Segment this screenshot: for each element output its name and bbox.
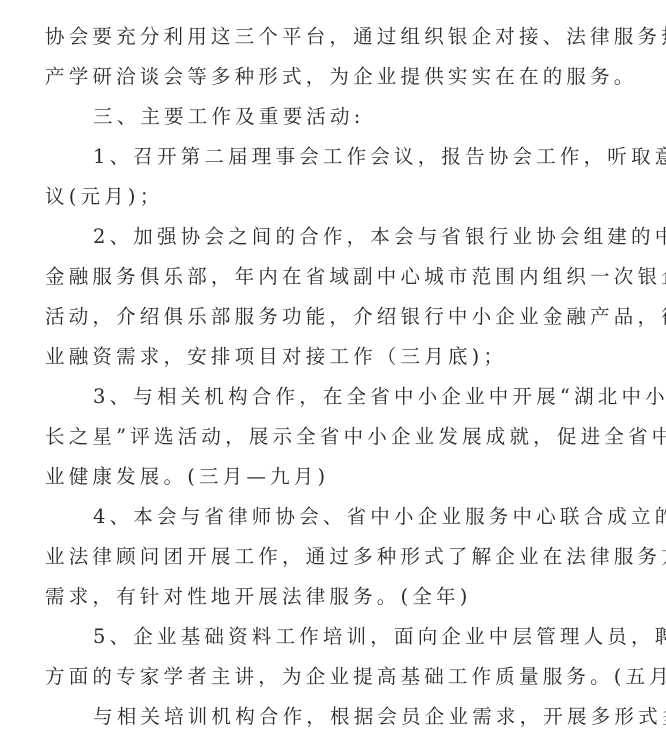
text-line: 需求，有针对性地开展法律服务。(全年) xyxy=(45,577,635,617)
text-line: 产学研洽谈会等多种形式，为企业提供实实在在的服务。 xyxy=(45,57,635,97)
text-line: 业融资需求，安排项目对接工作（三月底)； xyxy=(45,337,635,377)
list-item-3: 3、与相关机构合作，在全省中小企业中开展“湖北中小企业成 xyxy=(45,377,635,417)
text-line: 业健康发展。(三月—九月) xyxy=(45,457,635,497)
text-line: 活动，介绍俱乐部服务功能，介绍银行中小企业金融产品，征集企 xyxy=(45,297,635,337)
list-item-1: 1、召开第二届理事会工作会议，报告协会工作，听取意见和建 xyxy=(45,137,635,177)
section-heading: 三、主要工作及重要活动: xyxy=(45,97,635,137)
text-line: 长之星”评选活动，展示全省中小企业发展成就，促进全省中小企 xyxy=(45,417,635,457)
text-line: 业法律顾问团开展工作，通过多种形式了解企业在法律服务方面的 xyxy=(45,537,635,577)
text-line: 议(元月)； xyxy=(45,177,635,217)
list-item-5: 5、企业基础资料工作培训，面向企业中层管理人员，聘请有关 xyxy=(45,617,635,657)
list-item-2: 2、加强协会之间的合作，本会与省银行业协会组建的中小企业 xyxy=(45,217,635,257)
text-line: 协会要充分利用这三个平台，通过组织银企对接、法律服务热线和 xyxy=(45,17,635,57)
document-body: 协会要充分利用这三个平台，通过组织银企对接、法律服务热线和 产学研洽谈会等多种形… xyxy=(45,17,635,737)
text-line: 金融服务俱乐部，年内在省域副中心城市范围内组织一次银企对接 xyxy=(45,257,635,297)
text-line: 方面的专家学者主讲，为企业提高基础工作质量服务。(五月) xyxy=(45,657,635,697)
list-item-4: 4、本会与省律师协会、省中小企业服务中心联合成立的中小企 xyxy=(45,497,635,537)
text-line: 与相关培训机构合作，根据会员企业需求，开展多形式多层次 xyxy=(45,697,635,737)
